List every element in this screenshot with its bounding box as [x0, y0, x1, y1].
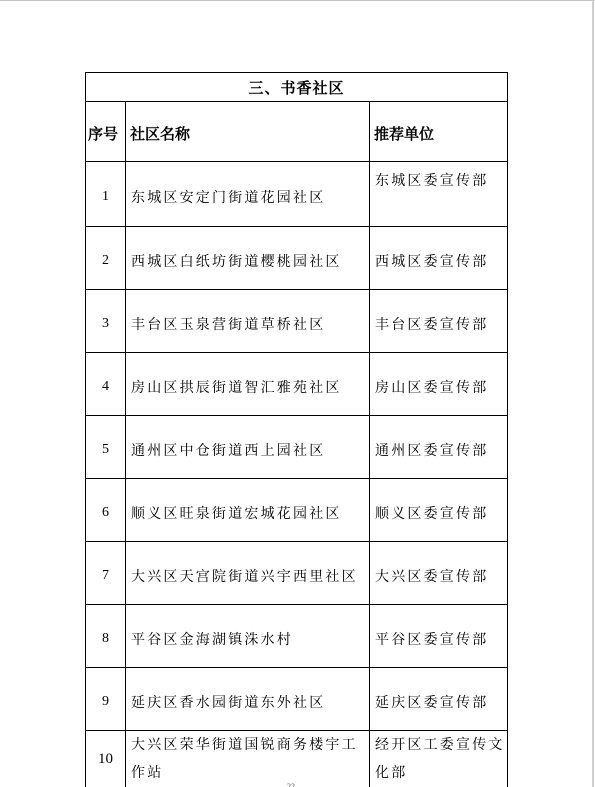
row-index: 3	[86, 290, 126, 353]
row-community-name: 西城区白纸坊街道樱桃园社区	[126, 227, 370, 290]
page-edge-right	[592, 0, 594, 787]
row-community-name: 大兴区荣华街道国锐商务楼宇工作站	[126, 731, 370, 787]
row-recommending-unit: 平谷区委宣传部	[370, 605, 508, 668]
row-index: 4	[86, 353, 126, 416]
table-header-row: 序号 社区名称 推荐单位	[86, 102, 508, 162]
table-row: 6 顺义区旺泉街道宏城花园社区 顺义区委宣传部	[86, 479, 508, 542]
book-community-table: 三、书香社区 序号 社区名称 推荐单位 1 东城区安定门街道花园社区 东城区委宣…	[85, 72, 508, 787]
row-index: 9	[86, 668, 126, 731]
table-row: 9 延庆区香水园街道东外社区 延庆区委宣传部	[86, 668, 508, 731]
table-title: 三、书香社区	[86, 73, 508, 102]
row-recommending-unit: 东城区委宣传部	[370, 162, 508, 227]
row-community-name: 大兴区天宫院街道兴宇西里社区	[126, 542, 370, 605]
row-index: 6	[86, 479, 126, 542]
row-recommending-unit: 延庆区委宣传部	[370, 668, 508, 731]
row-community-name: 顺义区旺泉街道宏城花园社区	[126, 479, 370, 542]
row-recommending-unit: 丰台区委宣传部	[370, 290, 508, 353]
page-number: 22	[287, 782, 295, 787]
row-index: 10	[86, 731, 126, 787]
table-row: 8 平谷区金海湖镇洙水村 平谷区委宣传部	[86, 605, 508, 668]
row-community-name: 通州区中仓街道西上园社区	[126, 416, 370, 479]
row-index: 7	[86, 542, 126, 605]
header-unit: 推荐单位	[370, 102, 508, 162]
row-recommending-unit: 房山区委宣传部	[370, 353, 508, 416]
row-recommending-unit: 西城区委宣传部	[370, 227, 508, 290]
table-row: 2 西城区白纸坊街道樱桃园社区 西城区委宣传部	[86, 227, 508, 290]
row-recommending-unit: 大兴区委宣传部	[370, 542, 508, 605]
table-title-row: 三、书香社区	[86, 73, 508, 102]
row-index: 2	[86, 227, 126, 290]
row-community-name: 房山区拱辰街道智汇雅苑社区	[126, 353, 370, 416]
table-row: 5 通州区中仓街道西上园社区 通州区委宣传部	[86, 416, 508, 479]
row-community-name: 东城区安定门街道花园社区	[126, 162, 370, 227]
header-name: 社区名称	[126, 102, 370, 162]
table-row: 1 东城区安定门街道花园社区 东城区委宣传部	[86, 162, 508, 227]
row-index: 8	[86, 605, 126, 668]
header-index: 序号	[86, 102, 126, 162]
row-index: 1	[86, 162, 126, 227]
row-community-name: 平谷区金海湖镇洙水村	[126, 605, 370, 668]
table-row: 3 丰台区玉泉营街道草桥社区 丰台区委宣传部	[86, 290, 508, 353]
row-recommending-unit: 经开区工委宣传文化部	[370, 731, 508, 787]
row-recommending-unit: 顺义区委宣传部	[370, 479, 508, 542]
row-community-name: 丰台区玉泉营街道草桥社区	[126, 290, 370, 353]
row-community-name: 延庆区香水园街道东外社区	[126, 668, 370, 731]
table-row: 4 房山区拱辰街道智汇雅苑社区 房山区委宣传部	[86, 353, 508, 416]
table-row: 7 大兴区天宫院街道兴宇西里社区 大兴区委宣传部	[86, 542, 508, 605]
row-index: 5	[86, 416, 126, 479]
page-edge-top	[0, 0, 595, 1]
table-row: 10 大兴区荣华街道国锐商务楼宇工作站 经开区工委宣传文化部	[86, 731, 508, 787]
row-recommending-unit: 通州区委宣传部	[370, 416, 508, 479]
